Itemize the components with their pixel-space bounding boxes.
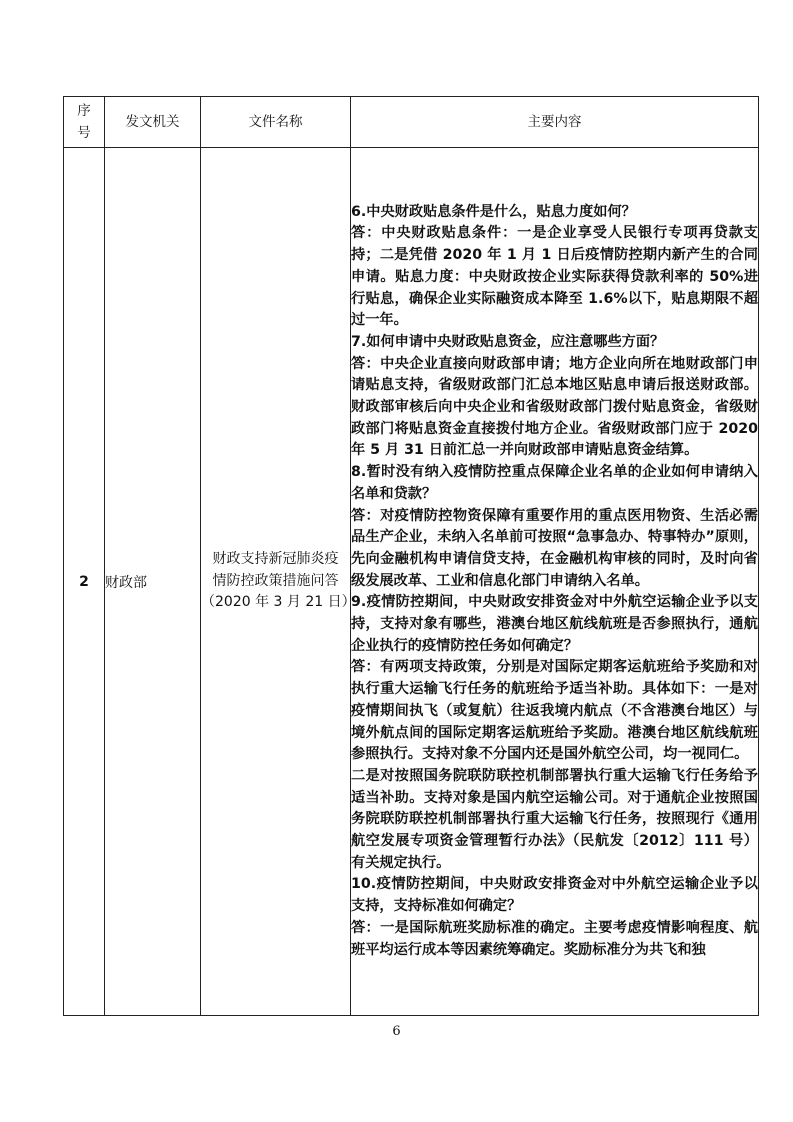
doc-name-line2: 情防控政策措施问答: [201, 571, 350, 593]
document-page: 序 号 发文机关 文件名称 主要内容 2 财政部 财政支持新冠肺炎疫 情防控政策…: [0, 0, 793, 1122]
header-seq-line1: 序: [64, 100, 104, 122]
row-content: 6.中央财政贴息条件是什么，贴息力度如何？ 答：中央财政贴息条件：一是企业享受人…: [351, 148, 759, 1016]
table-header-row: 序 号 发文机关 文件名称 主要内容: [64, 97, 759, 148]
answer-6: 答：中央财政贴息条件：一是企业享受人民银行专项再贷款支持；二是凭借 2020 年…: [351, 223, 758, 332]
answer-7: 答：中央企业直接向财政部申请；地方企业向所在地财政部门申请贴息支持，省级财政部门…: [351, 354, 758, 463]
question-8: 8.暂时没有纳入疫情防控重点保障企业名单的企业如何申请纳入名单和贷款？: [351, 462, 758, 505]
row-seq: 2: [64, 148, 105, 1016]
question-9: 9.疫情防控期间，中央财政安排资金对中外航空运输企业予以支持，支持对象有哪些，港…: [351, 592, 758, 657]
row-doc-name: 财政支持新冠肺炎疫 情防控政策措施问答 （2020 年 3 月 21 日）: [201, 148, 351, 1016]
page-number: 6: [0, 1024, 793, 1039]
doc-name-line3: （2020 年 3 月 21 日）: [201, 592, 350, 614]
header-issuer: 发文机关: [105, 97, 201, 148]
policy-table: 序 号 发文机关 文件名称 主要内容 2 财政部 财政支持新冠肺炎疫 情防控政策…: [63, 96, 759, 1016]
row-issuer: 财政部: [105, 148, 201, 1016]
table-row: 2 财政部 财政支持新冠肺炎疫 情防控政策措施问答 （2020 年 3 月 21…: [64, 148, 759, 1016]
answer-8: 答：对疫情防控物资保障有重要作用的重点医用物资、生活必需品生产企业，未纳入名单前…: [351, 506, 758, 593]
header-content: 主要内容: [351, 97, 759, 148]
answer-10: 答：一是国际航班奖励标准的确定。主要考虑疫情影响程度、航班平均运行成本等因素统筹…: [351, 918, 758, 961]
header-seq-line2: 号: [64, 122, 104, 144]
header-doc-name: 文件名称: [201, 97, 351, 148]
answer-9-part1: 答：有两项支持政策，分别是对国际定期客运航班给予奖励和对执行重大运输飞行任务的航…: [351, 657, 758, 766]
header-seq: 序 号: [64, 97, 105, 148]
question-7: 7.如何申请中央财政贴息资金，应注意哪些方面？: [351, 332, 758, 354]
doc-name-line1: 财政支持新冠肺炎疫: [201, 549, 350, 571]
question-6: 6.中央财政贴息条件是什么，贴息力度如何？: [351, 202, 758, 224]
answer-9-part2: 二是对按照国务院联防联控机制部署执行重大运输飞行任务给予适当补助。支持对象是国内…: [351, 766, 758, 875]
question-10: 10.疫情防控期间，中央财政安排资金对中外航空运输企业予以支持，支持标准如何确定…: [351, 874, 758, 917]
